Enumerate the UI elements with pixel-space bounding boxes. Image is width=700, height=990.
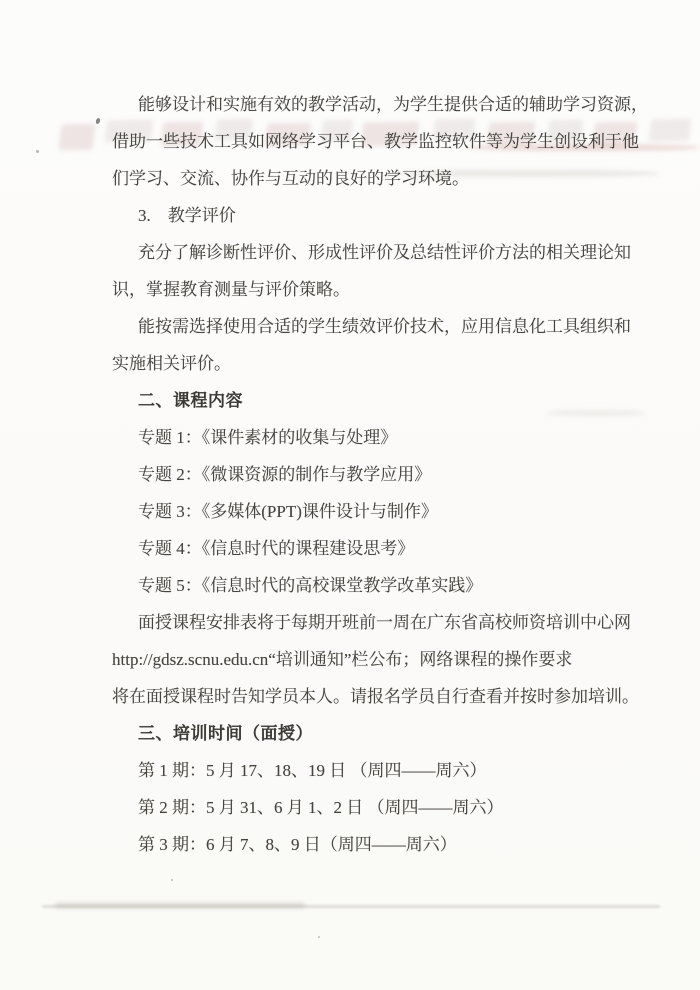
ink-speck bbox=[171, 879, 173, 881]
text-line: 专题 1：《课件素材的收集与处理》 bbox=[112, 419, 660, 456]
text-line: 专题 4：《信息时代的课程建设思考》 bbox=[112, 530, 660, 567]
section-heading-line: 三、培训时间（面授） bbox=[112, 715, 660, 752]
text-line: 专题 5：《信息时代的高校课堂教学改革实践》 bbox=[112, 567, 660, 604]
text-line: 专题 2：《微课资源的制作与教学应用》 bbox=[112, 456, 660, 493]
ink-speck bbox=[36, 150, 39, 153]
text-line: 实施相关评价。 bbox=[112, 345, 660, 382]
text-line: 们学习、交流、协作与互动的良好的学习环境。 bbox=[112, 160, 660, 197]
text-line: 识，掌握教育测量与评价策略。 bbox=[112, 271, 660, 308]
text-line: 第 2 期：5 月 31、6 月 1、2 日 （周四——周六） bbox=[112, 789, 660, 826]
text-line: 第 3 期：6 月 7、8、9 日（周四——周六） bbox=[112, 826, 660, 863]
text-line: 面授课程安排表将于每期开班前一周在广东省高校师资培训中心网 bbox=[112, 604, 660, 641]
text-line: 将在面授课程时告知学员本人。请报名学员自行查看并按时参加培训。 bbox=[112, 678, 660, 715]
scanned-page: 能够设计和实施有效的教学活动，为学生提供合适的辅助学习资源，借助一些技术工具如网… bbox=[0, 0, 700, 990]
document-lines: 能够设计和实施有效的教学活动，为学生提供合适的辅助学习资源，借助一些技术工具如网… bbox=[112, 86, 660, 863]
ink-speck bbox=[95, 118, 101, 125]
text-line: 借助一些技术工具如网络学习平台、教学监控软件等为学生创设利于他 bbox=[112, 123, 660, 160]
text-line: 3. 教学评价 bbox=[112, 197, 660, 234]
text-line: 第 1 期：5 月 17、18、19 日 （周四——周六） bbox=[112, 752, 660, 789]
text-line: 能够设计和实施有效的教学活动，为学生提供合适的辅助学习资源， bbox=[112, 86, 660, 123]
text-line: http://gdsz.scnu.edu.cn“培训通知”栏公布；网络课程的操作… bbox=[112, 641, 660, 678]
scan-smudge-line bbox=[55, 903, 305, 908]
text-line: 能按需选择使用合适的学生绩效评价技术，应用信息化工具组织和 bbox=[112, 308, 660, 345]
text-line: 专题 3：《多媒体(PPT)课件设计与制作》 bbox=[112, 493, 660, 530]
ink-speck bbox=[318, 936, 320, 938]
section-heading-line: 二、课程内容 bbox=[112, 382, 660, 419]
scan-smudge-line bbox=[42, 905, 660, 908]
text-line: 充分了解诊断性评价、形成性评价及总结性评价方法的相关理论知 bbox=[112, 234, 660, 271]
